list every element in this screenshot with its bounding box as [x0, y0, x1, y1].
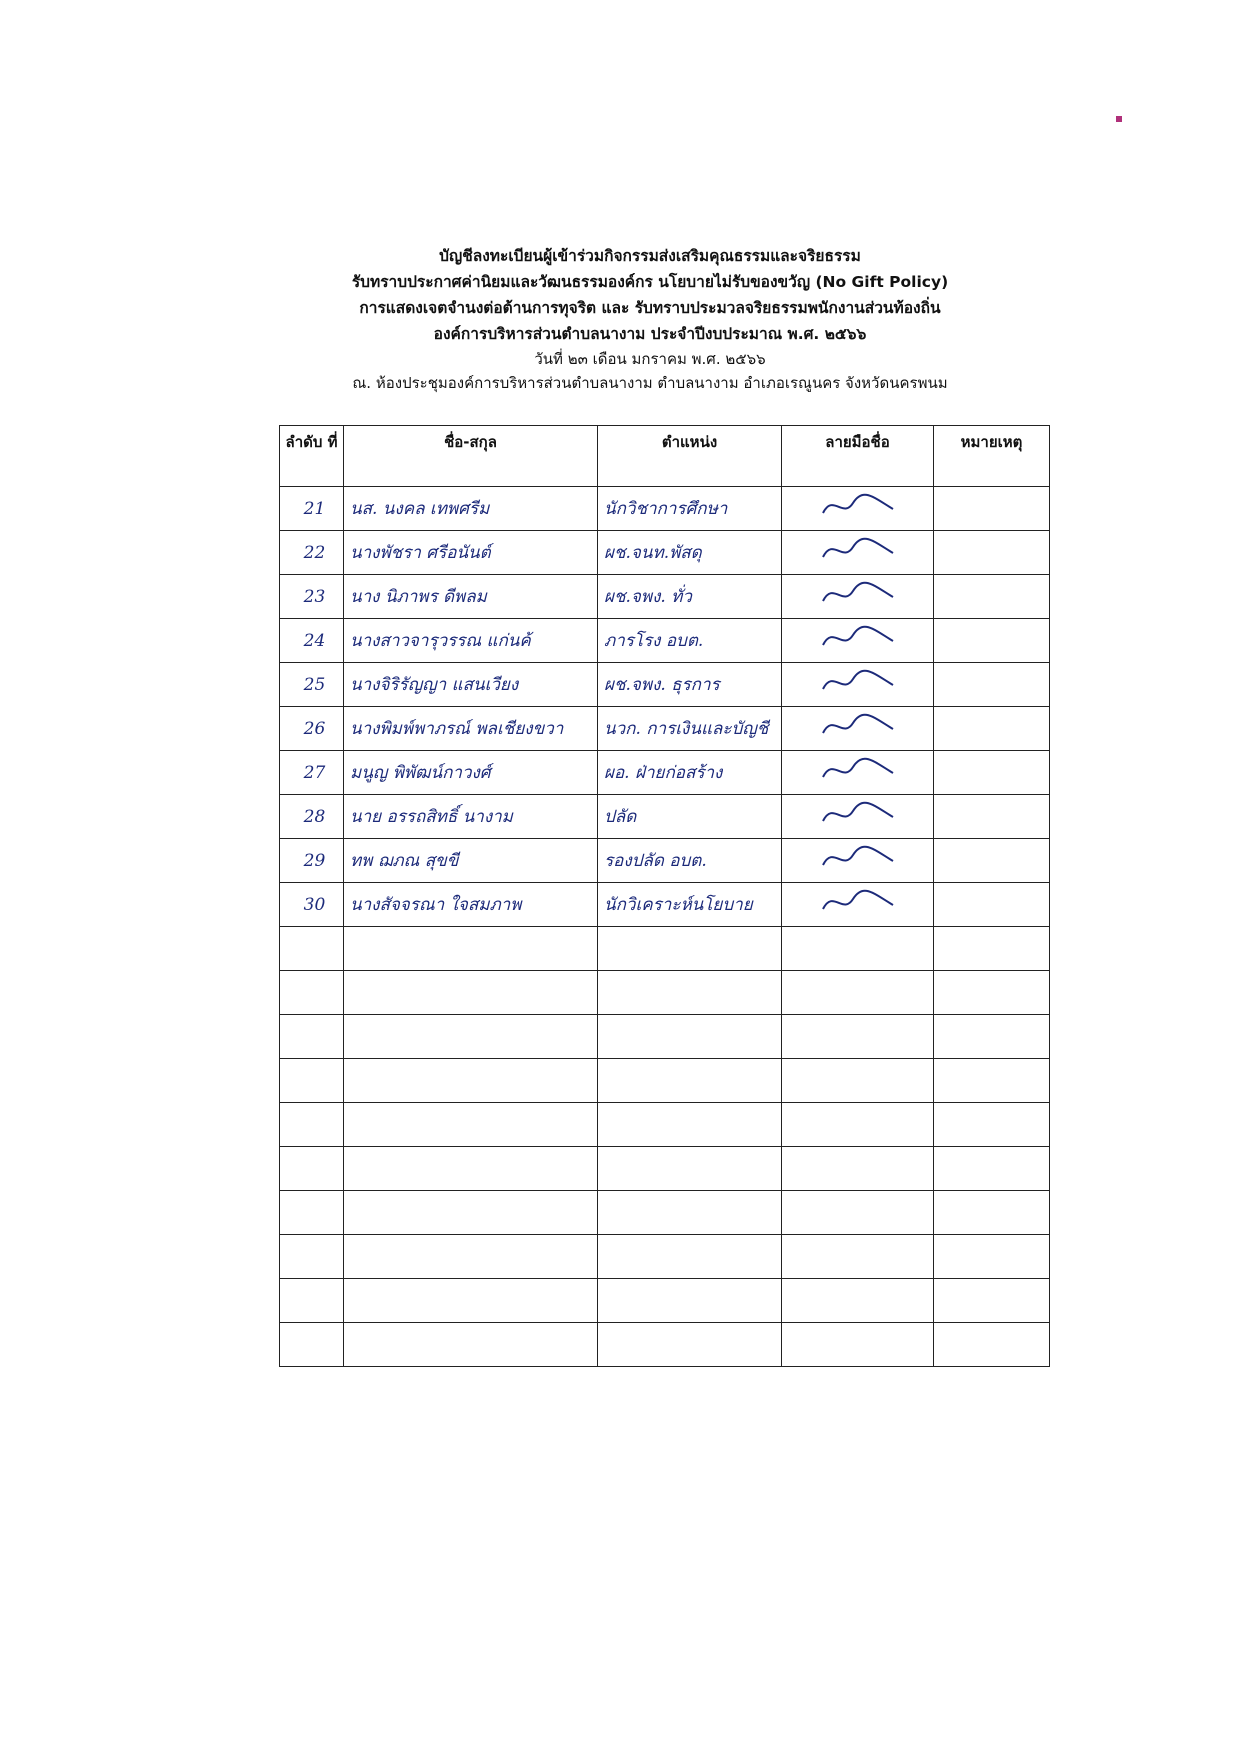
row-number: 27	[280, 751, 344, 795]
header-position: ตำแหน่ง	[598, 426, 782, 487]
corner-mark	[1116, 116, 1122, 122]
empty-cell	[280, 1059, 344, 1103]
handwritten-signature-icon	[813, 799, 903, 829]
header-name: ชื่อ-สกุล	[344, 426, 598, 487]
empty-cell	[782, 1279, 934, 1323]
empty-cell	[344, 1015, 598, 1059]
signature-cell	[782, 531, 934, 575]
table-row: 21นส. นงคล เทพศรีมนักวิชาการศึกษา	[280, 487, 1050, 531]
empty-table-row	[280, 1279, 1050, 1323]
empty-cell	[782, 1059, 934, 1103]
empty-cell	[344, 1103, 598, 1147]
title-line-3: การแสดงเจตจำนงต่อต้านการทุจริต และ รับทร…	[300, 295, 1000, 321]
attendee-position: ผช.จพง. ทั่ว	[598, 575, 782, 619]
row-number: 25	[280, 663, 344, 707]
attendee-position: ผช.จพง. ธุรการ	[598, 663, 782, 707]
empty-table-row	[280, 1323, 1050, 1367]
table-row: 29ทพ ฌภณ สุขขีรองปลัด อบต.	[280, 839, 1050, 883]
table-row: 26นางพิมพ์พาภรณ์ พลเชียงขวานวก. การเงินแ…	[280, 707, 1050, 751]
empty-table-row	[280, 1191, 1050, 1235]
attendee-name: นางจิริรัญญา แสนเวียง	[344, 663, 598, 707]
attendee-position: ภารโรง อบต.	[598, 619, 782, 663]
row-number: 22	[280, 531, 344, 575]
handwritten-signature-icon	[813, 843, 903, 873]
empty-cell	[280, 927, 344, 971]
empty-cell	[598, 1103, 782, 1147]
empty-cell	[782, 1191, 934, 1235]
empty-cell	[280, 1323, 344, 1367]
note-cell	[934, 487, 1050, 531]
attendee-name: นางพัชรา ศรีอนันต์	[344, 531, 598, 575]
empty-table-row	[280, 971, 1050, 1015]
empty-cell	[344, 927, 598, 971]
header-note: หมายเหตุ	[934, 426, 1050, 487]
date-line: วันที่ ๒๓ เดือน มกราคม พ.ศ. ๒๕๖๖	[300, 347, 1000, 371]
handwritten-signature-icon	[813, 755, 903, 785]
header-no: ลำดับ ที่	[280, 426, 344, 487]
row-number: 28	[280, 795, 344, 839]
handwritten-signature-icon	[813, 579, 903, 609]
empty-cell	[344, 971, 598, 1015]
empty-cell	[598, 1279, 782, 1323]
table-row: 30นางสัจจรณา ใจสมภาพนักวิเคราะห์นโยบาย	[280, 883, 1050, 927]
row-number: 24	[280, 619, 344, 663]
empty-cell	[782, 971, 934, 1015]
empty-cell	[782, 1323, 934, 1367]
empty-cell	[280, 1103, 344, 1147]
document-header: บัญชีลงทะเบียนผู้เข้าร่วมกิจกรรมส่งเสริม…	[300, 243, 1000, 395]
attendee-position: นวก. การเงินและบัญชี	[598, 707, 782, 751]
attendee-position: รองปลัด อบต.	[598, 839, 782, 883]
title-line-2: รับทราบประกาศค่านิยมและวัฒนธรรมองค์กร นโ…	[300, 269, 1000, 295]
empty-cell	[934, 971, 1050, 1015]
empty-cell	[344, 1323, 598, 1367]
empty-cell	[280, 1191, 344, 1235]
attendee-position: นักวิชาการศึกษา	[598, 487, 782, 531]
note-cell	[934, 883, 1050, 927]
table-row: 23นาง นิภาพร ดีพลมผช.จพง. ทั่ว	[280, 575, 1050, 619]
place-line: ณ. ห้องประชุมองค์การบริหารส่วนตำบลนางาม …	[300, 371, 1000, 395]
handwritten-signature-icon	[813, 887, 903, 917]
empty-table-row	[280, 1059, 1050, 1103]
empty-cell	[782, 927, 934, 971]
empty-cell	[280, 1235, 344, 1279]
empty-cell	[598, 1015, 782, 1059]
note-cell	[934, 751, 1050, 795]
empty-cell	[598, 1235, 782, 1279]
empty-cell	[934, 1191, 1050, 1235]
empty-cell	[598, 1059, 782, 1103]
signature-cell	[782, 707, 934, 751]
empty-cell	[344, 1059, 598, 1103]
empty-cell	[934, 1015, 1050, 1059]
attendee-name: ทพ ฌภณ สุขขี	[344, 839, 598, 883]
attendee-position: ผอ. ฝ่ายก่อสร้าง	[598, 751, 782, 795]
attendee-name: นส. นงคล เทพศรีม	[344, 487, 598, 531]
empty-cell	[344, 1279, 598, 1323]
empty-cell	[598, 1191, 782, 1235]
attendee-position: ผช.จนท.พัสดุ	[598, 531, 782, 575]
handwritten-signature-icon	[813, 711, 903, 741]
empty-cell	[280, 1147, 344, 1191]
signature-cell	[782, 795, 934, 839]
table-header-row: ลำดับ ที่ ชื่อ-สกุล ตำแหน่ง ลายมือชื่อ ห…	[280, 426, 1050, 487]
empty-cell	[598, 927, 782, 971]
signature-cell	[782, 487, 934, 531]
signature-cell	[782, 751, 934, 795]
note-cell	[934, 795, 1050, 839]
signature-cell	[782, 619, 934, 663]
signature-cell	[782, 839, 934, 883]
table-row: 24นางสาวจารุวรรณ แก่นค้ภารโรง อบต.	[280, 619, 1050, 663]
empty-cell	[598, 971, 782, 1015]
empty-cell	[598, 1147, 782, 1191]
empty-cell	[934, 1323, 1050, 1367]
empty-table-row	[280, 1015, 1050, 1059]
attendee-name: นาย อรรถสิทธิ์ นางาม	[344, 795, 598, 839]
note-cell	[934, 531, 1050, 575]
empty-cell	[280, 1015, 344, 1059]
attendee-name: นางสาวจารุวรรณ แก่นค้	[344, 619, 598, 663]
row-number: 23	[280, 575, 344, 619]
title-line-4: องค์การบริหารส่วนตำบลนางาม ประจำปีงบประม…	[300, 321, 1000, 347]
empty-table-row	[280, 1103, 1050, 1147]
title-line-1: บัญชีลงทะเบียนผู้เข้าร่วมกิจกรรมส่งเสริม…	[300, 243, 1000, 269]
note-cell	[934, 663, 1050, 707]
attendee-name: นาง นิภาพร ดีพลม	[344, 575, 598, 619]
empty-cell	[344, 1235, 598, 1279]
handwritten-signature-icon	[813, 623, 903, 653]
attendee-position: ปลัด	[598, 795, 782, 839]
signature-cell	[782, 883, 934, 927]
attendee-position: นักวิเคราะห์นโยบาย	[598, 883, 782, 927]
empty-cell	[344, 1191, 598, 1235]
empty-cell	[280, 1279, 344, 1323]
empty-cell	[280, 971, 344, 1015]
signature-cell	[782, 575, 934, 619]
empty-cell	[934, 1103, 1050, 1147]
empty-cell	[934, 1147, 1050, 1191]
empty-cell	[782, 1147, 934, 1191]
row-number: 26	[280, 707, 344, 751]
empty-cell	[344, 1147, 598, 1191]
empty-table-row	[280, 1147, 1050, 1191]
row-number: 21	[280, 487, 344, 531]
note-cell	[934, 707, 1050, 751]
empty-table-row	[280, 927, 1050, 971]
table-row: 27มนูญ พิพัฒน์กาวงศ์ผอ. ฝ่ายก่อสร้าง	[280, 751, 1050, 795]
row-number: 29	[280, 839, 344, 883]
registration-table: ลำดับ ที่ ชื่อ-สกุล ตำแหน่ง ลายมือชื่อ ห…	[279, 425, 1050, 1367]
empty-cell	[934, 1279, 1050, 1323]
note-cell	[934, 619, 1050, 663]
table-row: 22นางพัชรา ศรีอนันต์ผช.จนท.พัสดุ	[280, 531, 1050, 575]
row-number: 30	[280, 883, 344, 927]
table-row: 25นางจิริรัญญา แสนเวียงผช.จพง. ธุรการ	[280, 663, 1050, 707]
empty-cell	[598, 1323, 782, 1367]
empty-cell	[782, 1015, 934, 1059]
empty-table-row	[280, 1235, 1050, 1279]
empty-cell	[934, 1235, 1050, 1279]
attendee-name: นางสัจจรณา ใจสมภาพ	[344, 883, 598, 927]
note-cell	[934, 575, 1050, 619]
handwritten-signature-icon	[813, 535, 903, 565]
empty-cell	[782, 1103, 934, 1147]
handwritten-signature-icon	[813, 667, 903, 697]
attendee-name: นางพิมพ์พาภรณ์ พลเชียงขวา	[344, 707, 598, 751]
empty-cell	[934, 1059, 1050, 1103]
note-cell	[934, 839, 1050, 883]
header-signature: ลายมือชื่อ	[782, 426, 934, 487]
table-row: 28นาย อรรถสิทธิ์ นางามปลัด	[280, 795, 1050, 839]
empty-cell	[782, 1235, 934, 1279]
attendee-name: มนูญ พิพัฒน์กาวงศ์	[344, 751, 598, 795]
signature-cell	[782, 663, 934, 707]
handwritten-signature-icon	[813, 491, 903, 521]
empty-cell	[934, 927, 1050, 971]
